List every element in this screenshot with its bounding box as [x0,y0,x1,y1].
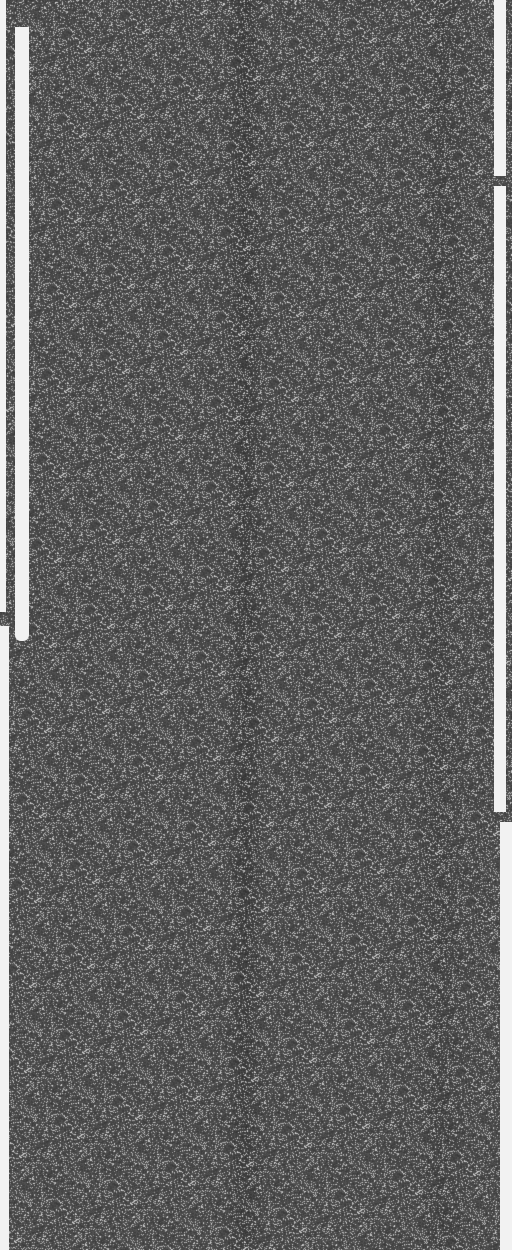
road-aerial-image [0,0,512,1250]
left-inner-line [15,27,29,641]
right-edge-line-segment-2 [494,186,506,812]
left-edge-line-top [0,0,6,612]
right-edge-line-segment-1 [494,0,506,176]
right-edge-line-segment-3 [500,822,512,1250]
left-edge-line-bottom [0,626,9,1250]
asphalt-texture [0,0,512,1250]
